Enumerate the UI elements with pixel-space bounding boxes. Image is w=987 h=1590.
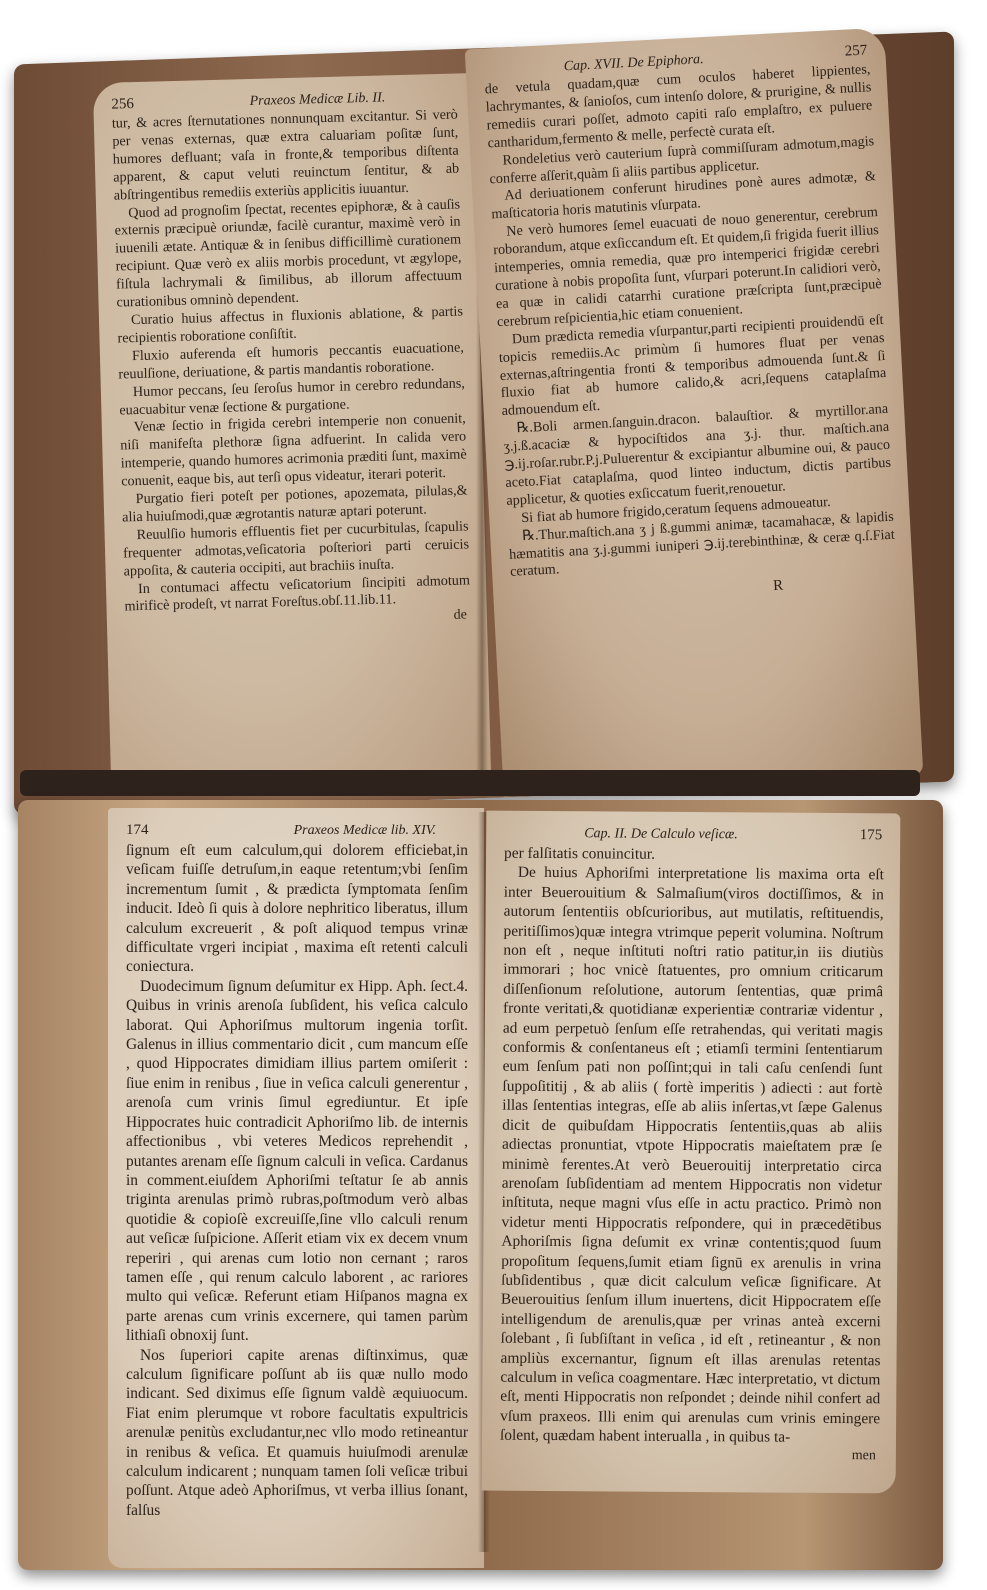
bottom-book: 174 Praxeos Medicæ lib. XIV. ſignum eſt … — [18, 790, 948, 1580]
paragraph: Nos ſuperiori capite arenas diſtinximus,… — [126, 1346, 468, 1521]
top-book: 256 Praxeos Medicæ Lib. II. tur, & acres… — [14, 8, 954, 800]
paragraph: per falſitatis conuincitur. — [504, 844, 884, 866]
page-number: 257 — [844, 42, 867, 60]
running-head: 174 Praxeos Medicæ lib. XIV. — [108, 808, 484, 841]
paragraph: tur, & acres ſternutationes nonnunquam e… — [112, 107, 460, 206]
page-256: 256 Praxeos Medicæ Lib. II. tur, & acres… — [93, 73, 491, 791]
paragraph: De huius Aphoriſmi interpretatione lis m… — [500, 863, 884, 1448]
header-title: Praxeos Medicæ Lib. II. — [249, 90, 385, 110]
page-body: ſignum eſt eum calculum,qui dolorem effi… — [108, 841, 484, 1520]
paragraph: Quod ad prognoſim ſpectat, recentes epip… — [114, 196, 463, 312]
page-body: de vetula quadam,quæ cum oculos haberet … — [466, 60, 912, 583]
page-257: Cap. XVII. De Epiphora. 257 de vetula qu… — [465, 28, 924, 797]
page-body: per falſitatis conuincitur. De huius Aph… — [482, 844, 900, 1448]
paragraph: Venæ ſectio in frigida cerebri intemperi… — [120, 411, 468, 492]
page-174: 174 Praxeos Medicæ lib. XIV. ſignum eſt … — [108, 808, 484, 1568]
header-title: Cap. II. De Calculo veſicæ. — [584, 826, 738, 843]
page-175: Cap. II. De Calculo veſicæ. 175 per falſ… — [482, 811, 901, 1494]
page-number: 256 — [111, 96, 134, 114]
paragraph: ſignum eſt eum calculum,qui dolorem effi… — [126, 841, 468, 977]
page-body: tur, & acres ſternutationes nonnunquam e… — [94, 106, 487, 617]
header-title: Praxeos Medicæ lib. XIV. — [294, 823, 436, 839]
catchword: men — [482, 1445, 896, 1464]
paragraph: Ne verò humores ſemel euacuati de nouo g… — [492, 204, 883, 331]
page-number: 175 — [860, 827, 883, 844]
page-number: 174 — [126, 822, 149, 839]
running-head: Cap. II. De Calculo veſicæ. 175 — [486, 811, 900, 847]
paragraph: Reuulſio humoris effluentis fiet per cuc… — [122, 518, 469, 581]
paragraph: Duodecimum ſignum deſumitur ex Hipp. Aph… — [126, 977, 468, 1346]
